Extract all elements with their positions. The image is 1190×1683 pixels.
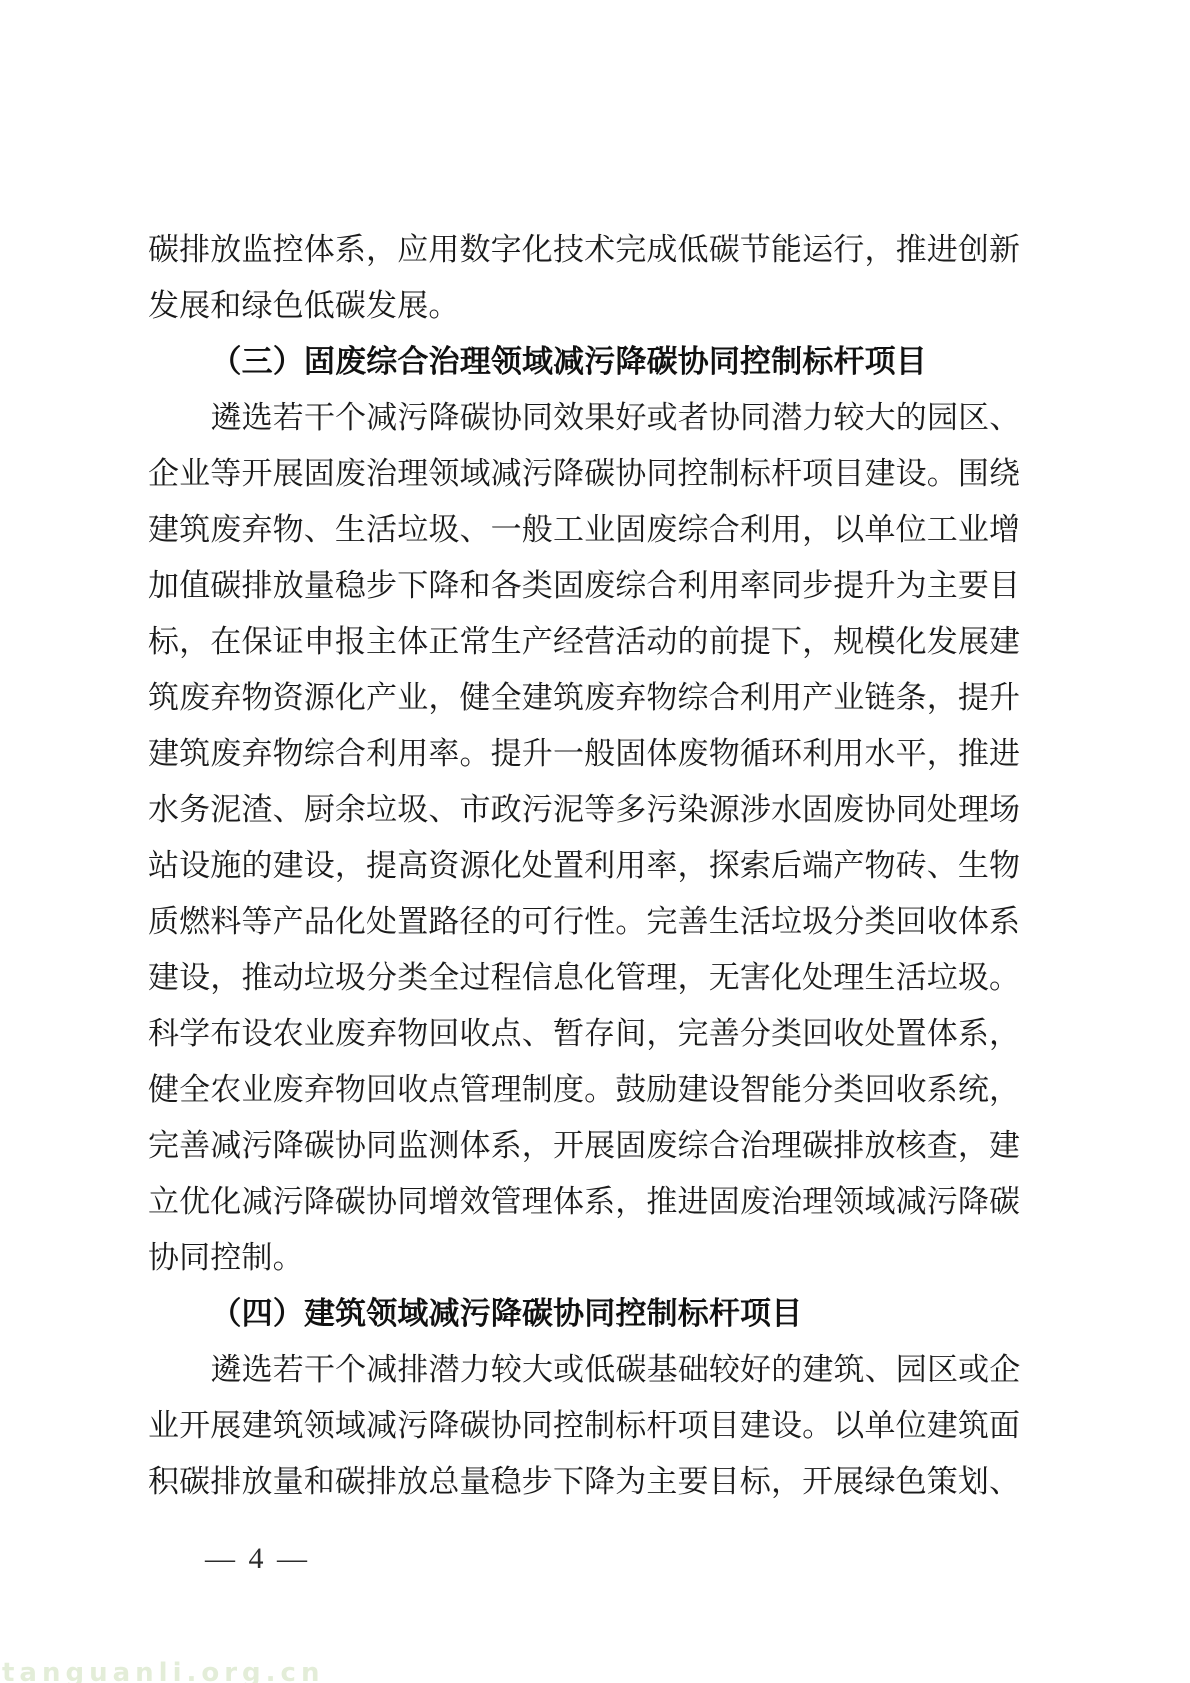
document-body: 碳排放监控体系，应用数字化技术完成低碳节能运行，推进创新发展和绿色低碳发展。（三…: [148, 222, 1030, 1510]
text-line: 协同控制。: [148, 1230, 1030, 1286]
text-line: 积碳排放量和碳排放总量稳步下降为主要目标，开展绿色策划、: [148, 1454, 1030, 1510]
text-line: 建筑废弃物、生活垃圾、一般工业固废综合利用，以单位工业增: [148, 502, 1030, 558]
section-heading: （四）建筑领域减污降碳协同控制标杆项目: [148, 1286, 1030, 1342]
watermark: tanguanli.org.cn: [2, 1658, 324, 1683]
text-line: 标，在保证申报主体正常生产经营活动的前提下，规模化发展建: [148, 614, 1030, 670]
document-page: 碳排放监控体系，应用数字化技术完成低碳节能运行，推进创新发展和绿色低碳发展。（三…: [0, 0, 1190, 1683]
text-line: 质燃料等产品化处置路径的可行性。完善生活垃圾分类回收体系: [148, 894, 1030, 950]
page-number: — 4 —: [205, 1542, 310, 1576]
text-line: 业开展建筑领域减污降碳协同控制标杆项目建设。以单位建筑面: [148, 1398, 1030, 1454]
text-line: 水务泥渣、厨余垃圾、市政污泥等多污染源涉水固废协同处理场: [148, 782, 1030, 838]
text-line: 遴选若干个减排潜力较大或低碳基础较好的建筑、园区或企: [148, 1342, 1030, 1398]
text-line: 完善减污降碳协同监测体系，开展固废综合治理碳排放核查，建: [148, 1118, 1030, 1174]
text-line: 碳排放监控体系，应用数字化技术完成低碳节能运行，推进创新: [148, 222, 1030, 278]
text-line: 站设施的建设，提高资源化处置利用率，探索后端产物砖、生物: [148, 838, 1030, 894]
text-line: 加值碳排放量稳步下降和各类固废综合利用率同步提升为主要目: [148, 558, 1030, 614]
text-line: 健全农业废弃物回收点管理制度。鼓励建设智能分类回收系统，: [148, 1062, 1030, 1118]
section-heading: （三）固废综合治理领域减污降碳协同控制标杆项目: [148, 334, 1030, 390]
text-line: 企业等开展固废治理领域减污降碳协同控制标杆项目建设。围绕: [148, 446, 1030, 502]
text-line: 筑废弃物资源化产业，健全建筑废弃物综合利用产业链条，提升: [148, 670, 1030, 726]
text-line: 发展和绿色低碳发展。: [148, 278, 1030, 334]
text-line: 科学布设农业废弃物回收点、暂存间，完善分类回收处置体系，: [148, 1006, 1030, 1062]
text-line: 建筑废弃物综合利用率。提升一般固体废物循环利用水平，推进: [148, 726, 1030, 782]
text-line: 遴选若干个减污降碳协同效果好或者协同潜力较大的园区、: [148, 390, 1030, 446]
text-line: 建设，推动垃圾分类全过程信息化管理，无害化处理生活垃圾。: [148, 950, 1030, 1006]
text-line: 立优化减污降碳协同增效管理体系，推进固废治理领域减污降碳: [148, 1174, 1030, 1230]
